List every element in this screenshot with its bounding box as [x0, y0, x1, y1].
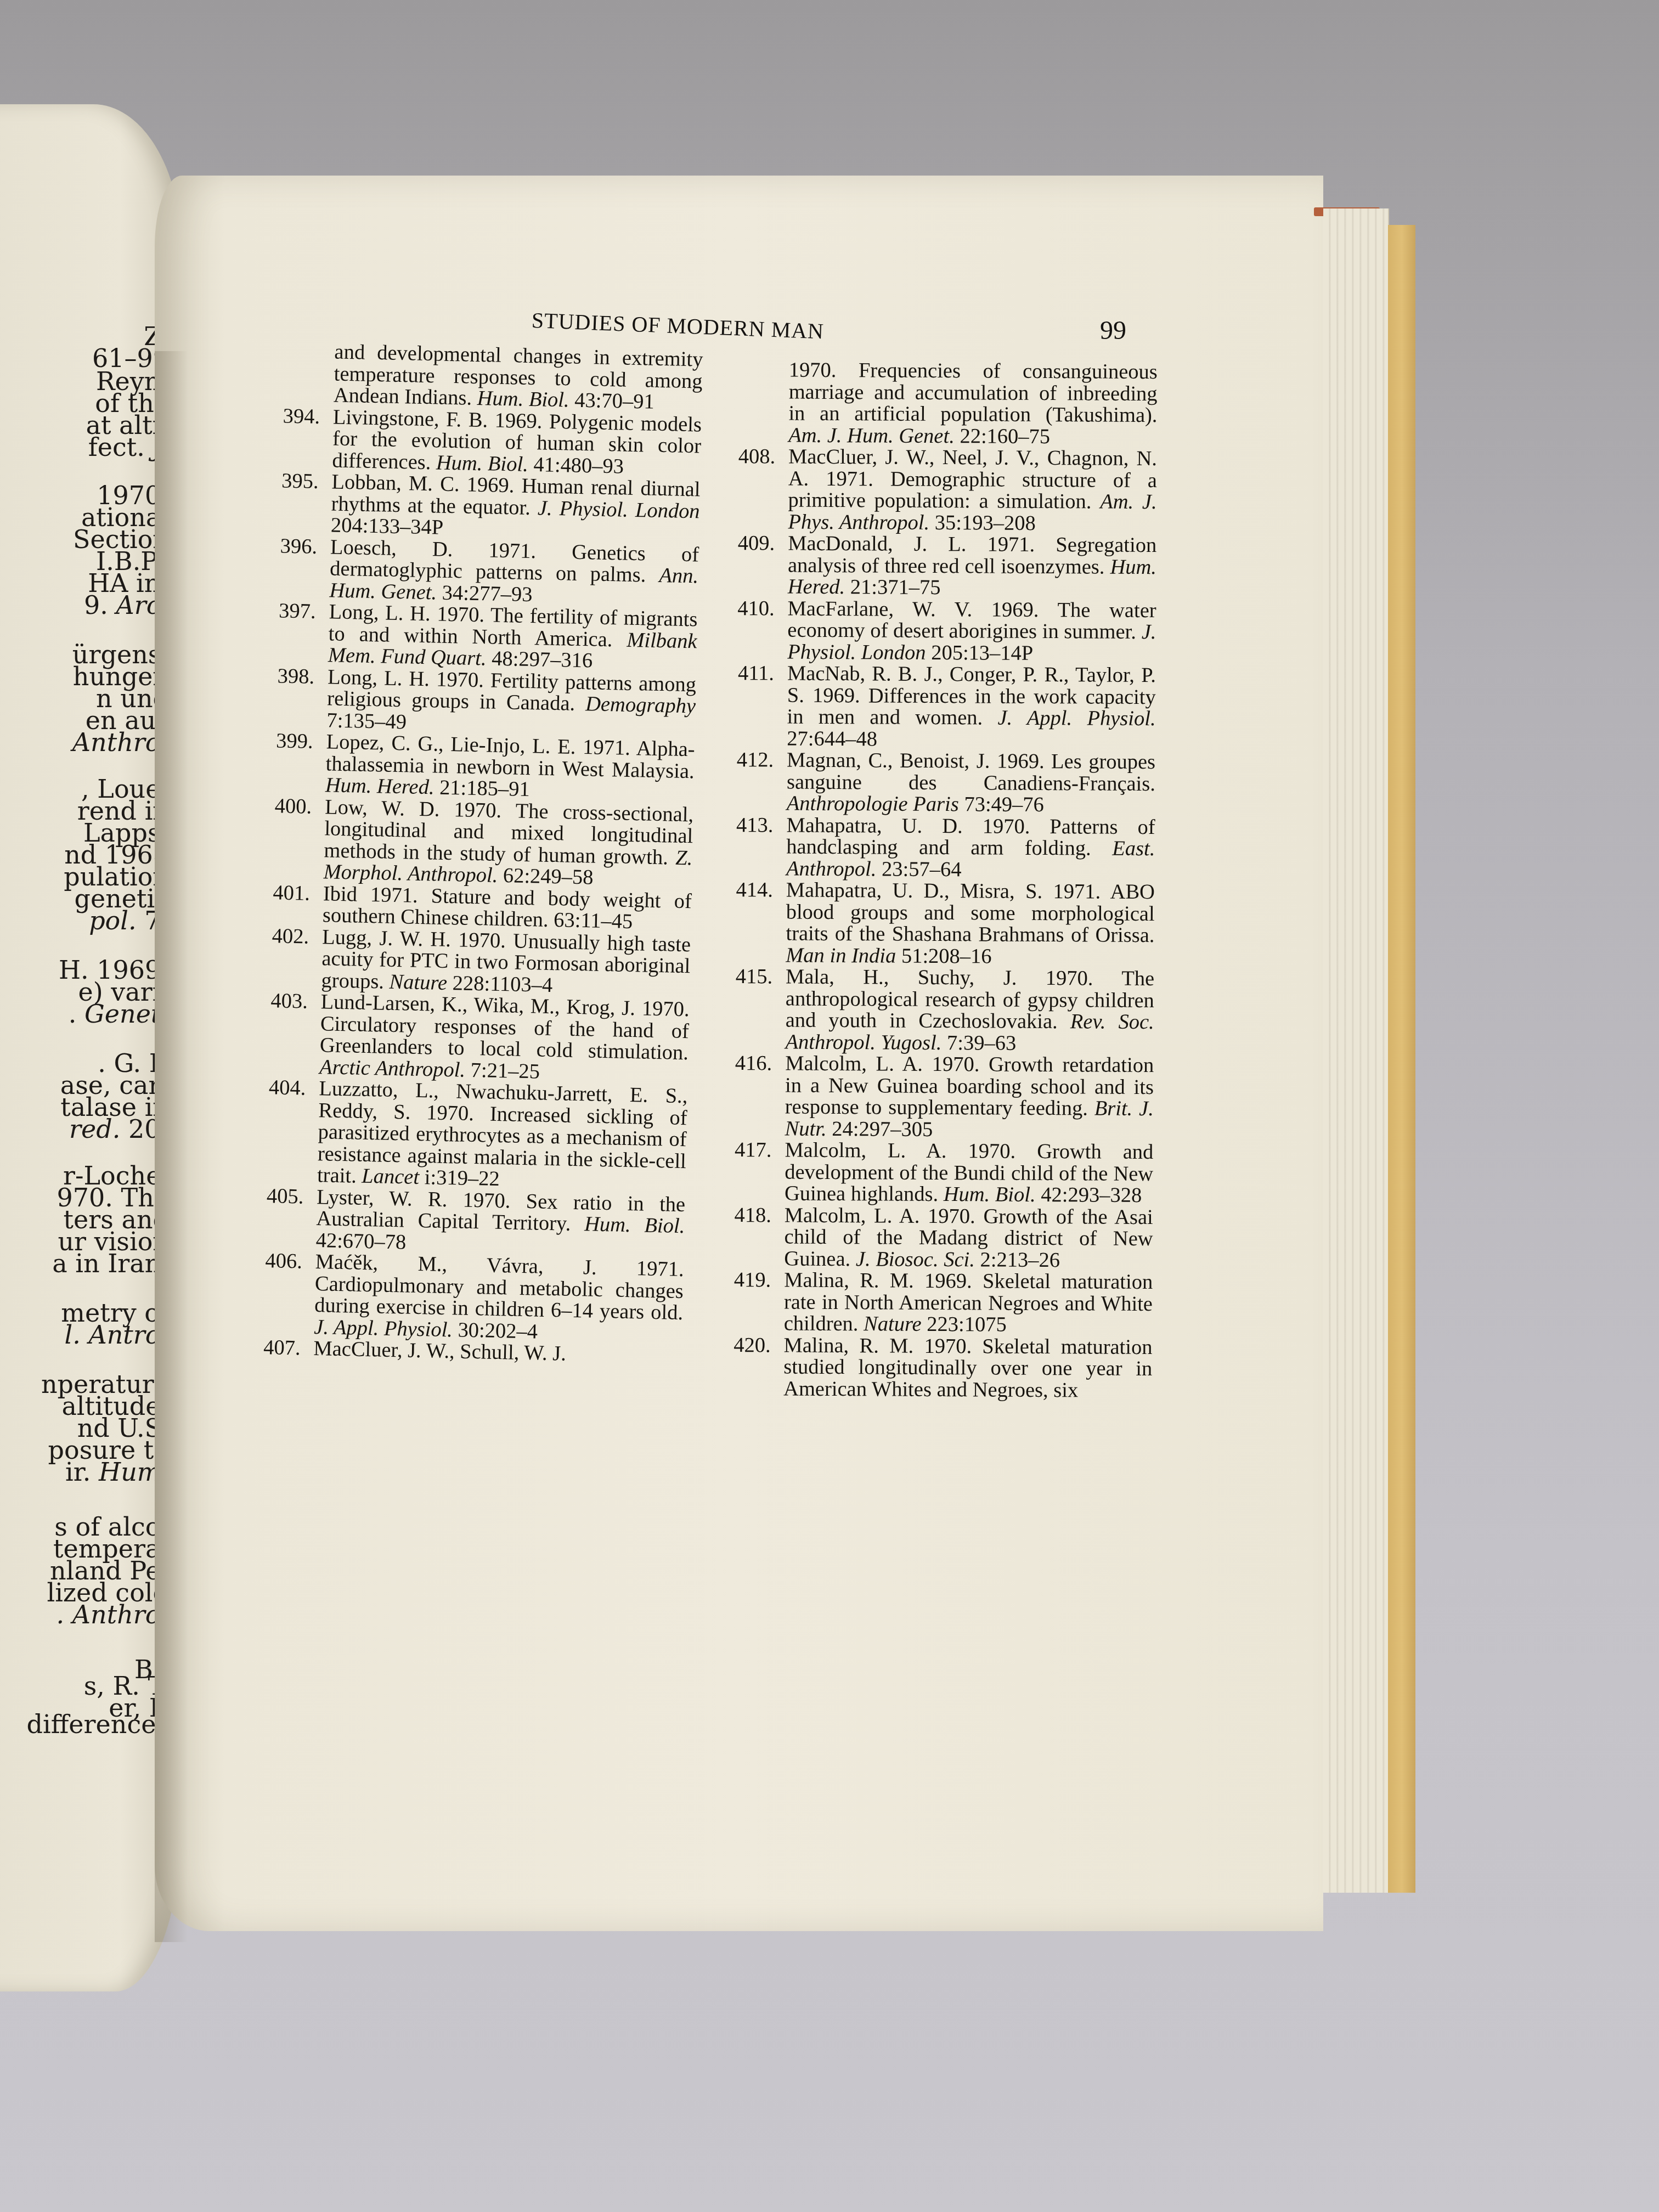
journal-title: red. [69, 1114, 120, 1144]
journal-title: Nature [389, 970, 447, 994]
citation-text: 41:480–93 [528, 453, 624, 478]
journal-title: Nature [864, 1312, 922, 1336]
reference-entry: 418.Malcolm, L. A. 1970. Growth of the A… [719, 1204, 1153, 1272]
citation-text: ir. [65, 1457, 99, 1487]
reference-number: 412. [719, 749, 774, 771]
citation-text: 223:1075 [922, 1313, 1007, 1336]
reference-entry: 402.Lugg, J. W. H. 1970. Unusually high … [256, 925, 691, 999]
reference-entry: 396.Loesch, D. 1971. Genetics of dermato… [264, 535, 699, 609]
reference-entry: 398.Long, L. H. 1970. Fertility patterns… [262, 665, 696, 739]
citation-text: 205:13–14P [926, 641, 1034, 664]
journal-title: Hum. Biol. [944, 1183, 1036, 1206]
journal-title: Am. J. Hum. Genet. [788, 424, 955, 448]
left-page-text-fragment: a in Iran. [52, 1251, 169, 1276]
journal-title: J. Biosoc. Sci. [856, 1248, 975, 1271]
reference-number: 401. [255, 882, 310, 905]
citation-text: 23:57–64 [876, 857, 961, 881]
reference-entry: 417.Malcolm, L. A. 1970. Growth and deve… [720, 1139, 1154, 1207]
reference-number: 409. [720, 533, 775, 555]
journal-title: Man in India [786, 944, 896, 967]
journal-title: Demography [585, 692, 696, 718]
reference-number: 410. [720, 597, 775, 619]
reference-entry: 409.MacDonald, J. L. 1971. Segregation a… [723, 533, 1157, 600]
reference-entry: 395.Lobban, M. C. 1969. Human renal diur… [266, 470, 701, 544]
citation-text: 42:293–328 [1036, 1183, 1142, 1207]
left-page-text-fragment: ir. Hum. [65, 1459, 169, 1485]
reference-number: 399. [258, 730, 313, 753]
journal-title: J. Appl. Physiol. [997, 707, 1155, 731]
left-page-text-fragment: red. 20: [69, 1116, 169, 1142]
reference-number: 417. [716, 1139, 771, 1161]
reference-number: 402. [254, 925, 309, 948]
citation-text: 1970. Frequencies of consanguineous marr… [788, 359, 1158, 427]
reference-entry-continued: 1970. Frequencies of consanguineous marr… [724, 359, 1158, 448]
citation-text: 73:49–76 [959, 793, 1044, 816]
reference-number: 395. [263, 470, 319, 493]
reference-number: 419. [716, 1269, 771, 1291]
book-page-edges [1323, 208, 1389, 1893]
reference-entry: 411.MacNab, R. B. J., Conger, P. R., Tay… [722, 663, 1156, 752]
reference-number: 416. [717, 1053, 772, 1075]
citation-text: MacFarlane, W. V. 1969. The water econom… [787, 597, 1156, 644]
citation-text: 34:277–93 [437, 581, 533, 606]
citation-text: 2:213–26 [975, 1248, 1060, 1272]
citation-text: Magnan, C., Benoist, J. 1969. Les groupe… [787, 749, 1155, 795]
left-page-text-fragment: differences [27, 1712, 170, 1737]
citation-text: a in Iran. [52, 1249, 169, 1278]
citation-text: Lund-Larsen, K., Wika, M., Krog, J. 1970… [320, 990, 690, 1064]
citation-text: 51:208–16 [896, 944, 992, 968]
citation-text: 42:670–78 [315, 1229, 407, 1254]
citation-text: 9. [84, 590, 116, 620]
reference-entry: 410.MacFarlane, W. V. 1969. The water ec… [723, 597, 1156, 665]
page-number: 99 [1100, 315, 1126, 346]
reference-number: 404. [251, 1077, 306, 1100]
reference-entry: 408.MacCluer, J. W., Neel, J. V., Chagno… [723, 446, 1157, 535]
reference-number: 420. [715, 1334, 770, 1356]
reference-number: 400. [257, 795, 312, 818]
reference-entry: 415.Mala, H., Suchy, J. 1970. The anthro… [720, 966, 1154, 1055]
journal-title: J. Physiol. London [538, 496, 700, 523]
reference-number: 407. [245, 1336, 301, 1359]
reference-number: 411. [719, 663, 774, 685]
book-cover-edge [1388, 225, 1415, 1893]
reference-entry-continued: and developmental changes in extremity t… [269, 340, 703, 414]
reference-entry: 400.Low, W. D. 1970. The cross-sectional… [258, 795, 693, 891]
citation-text: 35:193–208 [929, 511, 1036, 534]
reference-number: 413. [718, 814, 773, 836]
journal-title: Anthropologie Paris [787, 792, 959, 816]
citation-text: Ibid 1971. Stature and body weight of so… [323, 882, 692, 933]
reference-number: 405. [249, 1185, 304, 1208]
reference-entry: 419.Malina, R. M. 1969. Skeletal maturat… [719, 1269, 1153, 1337]
reference-entry: 416.Malcolm, L. A. 1970. Growth retardat… [720, 1053, 1154, 1142]
reference-entry: 394.Livingstone, F. B. 1969. Polygenic m… [267, 405, 702, 479]
citation-text: . [69, 999, 84, 1029]
reference-number: 396. [262, 535, 318, 558]
left-page-text-fragment: . Genet. [69, 1001, 169, 1026]
reference-number: 394. [265, 405, 320, 428]
journal-title: Lancet [362, 1165, 420, 1189]
left-page-text-fragment: . Anthro- [57, 1602, 169, 1627]
citation-text: i:319–22 [419, 1166, 500, 1190]
left-page-text-fragment: l. Antro- [64, 1322, 169, 1347]
citation-text: Mahapatra, U. D. 1970. Patterns of handc… [786, 814, 1155, 860]
reference-entry: 413.Mahapatra, U. D. 1970. Patterns of h… [721, 814, 1155, 882]
citation-text: differences [27, 1709, 170, 1739]
reference-entry: 405.Lyster, W. R. 1970. Sex ratio in the… [251, 1185, 685, 1259]
citation-text: 24:297–305 [827, 1117, 933, 1141]
reference-number: 414. [718, 879, 773, 901]
reference-entry: 397.Long, L. H. 1970. The fertility of m… [263, 600, 698, 674]
citation-text: 21:371–75 [845, 575, 941, 599]
reference-column-right: 1970. Frequencies of consanguineous marr… [719, 359, 1158, 1402]
journal-title: . Anthro- [57, 1600, 169, 1629]
book-gutter [155, 351, 188, 1942]
citation-text: 27:644–48 [787, 727, 877, 751]
citation-text: Loesch, D. 1971. Genetics of dermatoglyp… [330, 535, 699, 587]
citation-text: 7:39–63 [941, 1031, 1016, 1055]
reference-number: 398. [259, 665, 315, 688]
reference-entry: 404.Luzzatto, L., Nwachuku-Jarrett, E. S… [252, 1077, 688, 1194]
citation-text: Malina, R. M. 1970. Skeletal maturation … [783, 1334, 1153, 1402]
citation-text: Maćěk, M., Vávra, J. 1971. Cardiopulmona… [314, 1250, 684, 1324]
reference-entry: 412.Magnan, C., Benoist, J. 1969. Les gr… [722, 749, 1156, 817]
journal-title: l. Antro- [64, 1320, 169, 1350]
journal-title: Hum. Biol. [477, 387, 569, 412]
citation-text: 7:135–49 [326, 709, 407, 733]
reference-number: 403. [252, 990, 308, 1013]
citation-text: 43:70–91 [569, 388, 654, 413]
citation-text: Low, W. D. 1970. The cross-sectional, lo… [324, 795, 693, 869]
citation-text: Mahapatra, U. D., Misra, S. 1971. ABO bl… [786, 879, 1155, 947]
reference-number: 415. [718, 966, 772, 988]
citation-text: 62:249–58 [498, 864, 594, 889]
citation-text: 30:202–4 [453, 1318, 538, 1343]
reference-entry: 420.Malina, R. M. 1970. Skeletal maturat… [719, 1334, 1153, 1402]
citation-text: fect. [88, 432, 153, 462]
reference-number: 408. [720, 446, 775, 468]
journal-title: Hum. Biol. [584, 1212, 685, 1238]
reference-number: 406. [247, 1250, 302, 1273]
reference-entry: 403.Lund-Larsen, K., Wika, M., Krog, J. … [255, 990, 690, 1086]
reference-entry: 399.Lopez, C. G., Lie-Injo, L. E. 1971. … [261, 730, 695, 804]
reference-entry: 414.Mahapatra, U. D., Misra, S. 1971. AB… [721, 879, 1155, 968]
citation-text: 21:185–91 [434, 776, 530, 801]
reference-number: 397. [261, 600, 316, 623]
journal-title: Hum. Biol. [436, 451, 529, 476]
reference-column-left: and developmental changes in extremity t… [249, 340, 703, 1368]
reference-number: 418. [716, 1204, 771, 1226]
journal-title: pol. [89, 906, 136, 935]
citation-text: MacDonald, J. L. 1971. Segregation analy… [788, 532, 1156, 579]
citation-text: 7:21–25 [465, 1058, 540, 1083]
reference-entry: 406.Maćěk, M., Vávra, J. 1971. Cardiopul… [249, 1250, 684, 1346]
citation-text: 22:160–75 [955, 425, 1051, 448]
left-page: Z.61–99Reyn-of theat alti-fect. J.1970.a… [0, 104, 181, 1991]
